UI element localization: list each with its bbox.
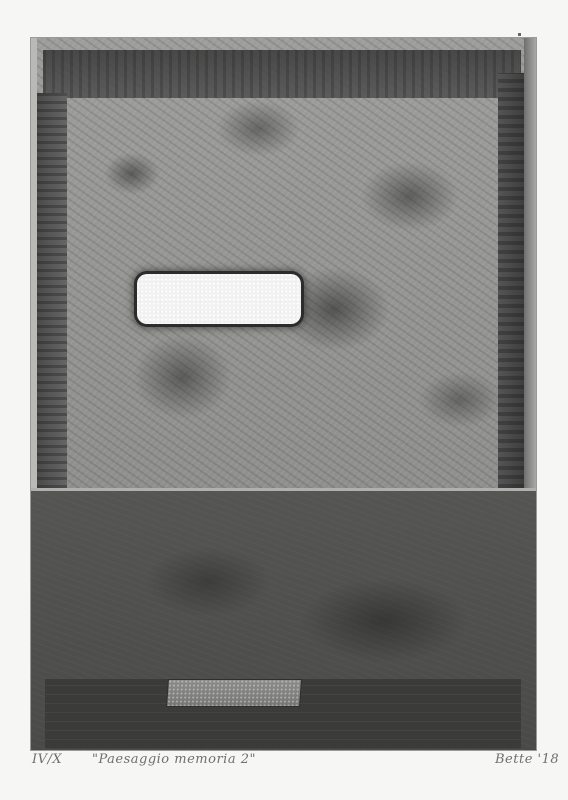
white-window-shape bbox=[137, 274, 301, 324]
top-dark-border bbox=[43, 50, 521, 98]
bottom-light-inset bbox=[167, 680, 301, 706]
right-dark-border bbox=[498, 73, 524, 488]
left-dark-border bbox=[37, 93, 67, 488]
artist-signature: Bette '18 bbox=[495, 752, 559, 767]
upper-textured-field bbox=[31, 38, 536, 490]
artwork-title: "Paesaggio memoria 2" bbox=[92, 752, 256, 767]
edition-number: IV/X bbox=[32, 752, 62, 767]
paper-sheet: IV/X "Paesaggio memoria 2" Bette '18 bbox=[0, 0, 568, 800]
etching-plate bbox=[31, 38, 536, 750]
plate-corner-mark bbox=[518, 33, 521, 36]
